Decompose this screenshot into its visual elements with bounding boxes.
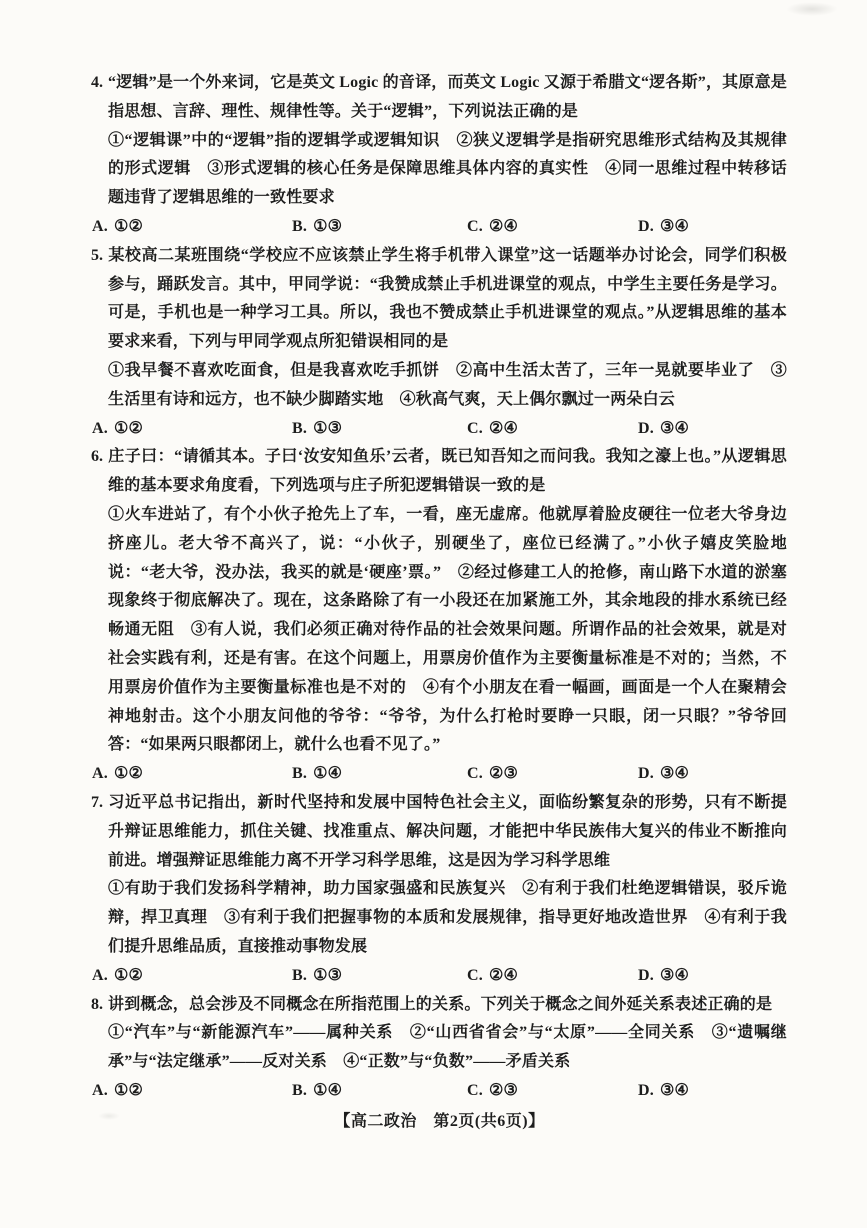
page-content: 4.“逻辑”是一个外来词，它是英文 Logic 的音译，而英文 Logic 又源… — [108, 69, 787, 1136]
question-options: A.①② B.①③ C.②④ D.③④ — [92, 213, 787, 242]
option-value: ①② — [114, 420, 143, 437]
question-stem-text: “逻辑”是一个外来词，它是英文 Logic 的音译，而英文 Logic 又源于希… — [108, 74, 787, 120]
question-4: 4.“逻辑”是一个外来词，它是英文 Logic 的音译，而英文 Logic 又源… — [108, 69, 787, 242]
question-items: ①“逻辑课”中的“逻辑”指的逻辑学或逻辑知识 ②狭义逻辑学是指研究思维形式结构及… — [108, 127, 787, 213]
question-stem-text: 习近平总书记指出，新时代坚持和发展中国特色社会主义，面临纷繁复杂的形势，只有不断… — [108, 794, 787, 869]
option-label: D. — [638, 218, 654, 235]
question-number: 8. — [91, 991, 108, 1020]
question-number: 5. — [91, 242, 108, 271]
question-stem: 6.庄子曰：“请循其本。子曰‘汝安知鱼乐’云者，既已知吾知之而问我。我知之濠上也… — [108, 443, 787, 501]
option-value: ①② — [114, 765, 143, 782]
option-a: A.①② — [92, 415, 292, 444]
option-c: C.②④ — [467, 415, 638, 444]
option-c: C.②③ — [467, 760, 638, 789]
question-items: ①“汽车”与“新能源汽车”——属种关系 ②“山西省省会”与“太原”——全同关系 … — [108, 1019, 787, 1077]
option-label: C. — [467, 218, 483, 235]
option-label: D. — [638, 765, 654, 782]
option-value: ①③ — [313, 420, 342, 437]
option-label: B. — [292, 218, 307, 235]
page-footer: 【高二政治 第2页(共6页)】 — [92, 1108, 787, 1137]
option-label: A. — [92, 967, 108, 984]
option-value: ①② — [114, 218, 143, 235]
question-number: 6. — [91, 443, 108, 472]
exam-page: 4.“逻辑”是一个外来词，它是英文 Logic 的音译，而英文 Logic 又源… — [0, 0, 867, 1228]
option-b: B.①④ — [292, 1077, 467, 1106]
option-a: A.①② — [92, 760, 292, 789]
option-label: A. — [92, 1082, 108, 1099]
question-stem: 5.某校高二某班围绕“学校应不应该禁止学生将手机带入课堂”这一话题举办讨论会，同… — [108, 242, 787, 357]
option-value: ③④ — [660, 765, 689, 782]
option-d: D.③④ — [638, 415, 787, 444]
option-value: ②④ — [489, 218, 518, 235]
option-d: D.③④ — [638, 213, 787, 242]
option-label: B. — [292, 420, 307, 437]
option-value: ②④ — [489, 967, 518, 984]
question-7: 7.习近平总书记指出，新时代坚持和发展中国特色社会主义，面临纷繁复杂的形势，只有… — [108, 789, 787, 991]
option-b: B.①③ — [292, 415, 467, 444]
option-value: ①③ — [313, 218, 342, 235]
option-a: A.①② — [92, 962, 292, 991]
option-c: C.②④ — [467, 213, 638, 242]
option-label: D. — [638, 967, 654, 984]
option-label: D. — [638, 1082, 654, 1099]
option-c: C.②④ — [467, 962, 638, 991]
option-b: B.①④ — [292, 760, 467, 789]
scan-smudge — [786, 2, 838, 16]
question-items: ①我早餐不喜欢吃面食，但是我喜欢吃手抓饼 ②高中生活太苦了，三年一晃就要毕业了 … — [108, 357, 787, 415]
option-value: ③④ — [660, 1082, 689, 1099]
option-value: ②③ — [489, 1082, 518, 1099]
option-value: ①② — [114, 1082, 143, 1099]
option-value: ①② — [114, 967, 143, 984]
option-value: ③④ — [660, 218, 689, 235]
option-c: C.②③ — [467, 1077, 638, 1106]
option-label: B. — [292, 765, 307, 782]
question-stem: 7.习近平总书记指出，新时代坚持和发展中国特色社会主义，面临纷繁复杂的形势，只有… — [108, 789, 787, 875]
question-options: A.①② B.①③ C.②④ D.③④ — [92, 962, 787, 991]
option-value: ②③ — [489, 765, 518, 782]
option-value: ①④ — [313, 765, 342, 782]
question-stem-text: 某校高二某班围绕“学校应不应该禁止学生将手机带入课堂”这一话题举办讨论会，同学们… — [108, 247, 787, 350]
option-label: C. — [467, 1082, 483, 1099]
option-a: A.①② — [92, 1077, 292, 1106]
option-a: A.①② — [92, 213, 292, 242]
option-value: ①④ — [313, 1082, 342, 1099]
question-number: 7. — [91, 789, 108, 818]
question-5: 5.某校高二某班围绕“学校应不应该禁止学生将手机带入课堂”这一话题举办讨论会，同… — [108, 242, 787, 444]
question-options: A.①② B.①④ C.②③ D.③④ — [92, 760, 787, 789]
option-label: B. — [292, 1082, 307, 1099]
option-label: C. — [467, 967, 483, 984]
option-label: A. — [92, 765, 108, 782]
question-items: ①火车进站了，有个小伙子抢先上了车，一看，座无虚席。他就厚着脸皮硬往一位老大爷身… — [108, 501, 787, 760]
question-stem-text: 讲到概念，总会涉及不同概念在所指范围上的关系。下列关于概念之间外延关系表述正确的… — [108, 996, 772, 1013]
option-label: A. — [92, 218, 108, 235]
option-label: A. — [92, 420, 108, 437]
option-label: B. — [292, 967, 307, 984]
option-label: D. — [638, 420, 654, 437]
question-number: 4. — [91, 69, 108, 98]
option-label: C. — [467, 765, 483, 782]
question-items: ①有助于我们发扬科学精神，助力国家强盛和民族复兴 ②有利于我们杜绝逻辑错误，驳斥… — [108, 875, 787, 961]
option-value: ①③ — [313, 967, 342, 984]
option-value: ③④ — [660, 967, 689, 984]
option-d: D.③④ — [638, 962, 787, 991]
question-stem-text: 庄子曰：“请循其本。子曰‘汝安知鱼乐’云者，既已知吾知之而问我。我知之濠上也。”… — [108, 448, 787, 494]
option-label: C. — [467, 420, 483, 437]
question-8: 8.讲到概念，总会涉及不同概念在所指范围上的关系。下列关于概念之间外延关系表述正… — [108, 991, 787, 1106]
option-value: ③④ — [660, 420, 689, 437]
option-b: B.①③ — [292, 962, 467, 991]
question-6: 6.庄子曰：“请循其本。子曰‘汝安知鱼乐’云者，既已知吾知之而问我。我知之濠上也… — [108, 443, 787, 789]
question-options: A.①② B.①③ C.②④ D.③④ — [92, 415, 787, 444]
question-stem: 4.“逻辑”是一个外来词，它是英文 Logic 的音译，而英文 Logic 又源… — [108, 69, 787, 127]
option-d: D.③④ — [638, 1077, 787, 1106]
option-d: D.③④ — [638, 760, 787, 789]
question-stem: 8.讲到概念，总会涉及不同概念在所指范围上的关系。下列关于概念之间外延关系表述正… — [108, 991, 787, 1020]
option-value: ②④ — [489, 420, 518, 437]
option-b: B.①③ — [292, 213, 467, 242]
question-options: A.①② B.①④ C.②③ D.③④ — [92, 1077, 787, 1106]
